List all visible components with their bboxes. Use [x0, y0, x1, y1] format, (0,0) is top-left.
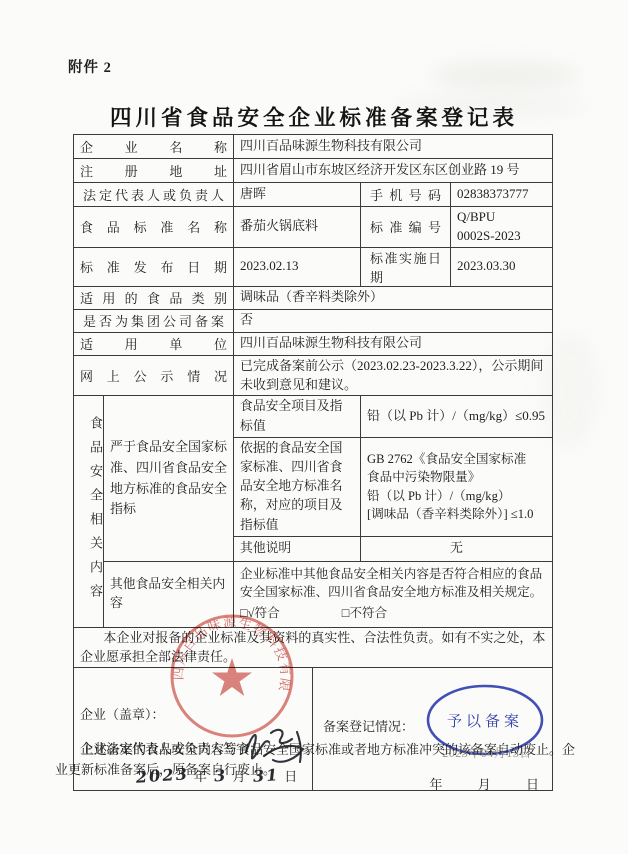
company-seal: 四川百品味源生物科技有限公司 [167, 611, 297, 741]
applicable-unit-value: 四川百品味源生物科技有限公司 [234, 332, 553, 355]
other-note-label: 其他说明 [234, 536, 361, 561]
food-category-label: 适用的食品类别 [74, 286, 234, 309]
stricter-group-label: 严于食品安全国家标准、四川省食品安全地方标准的食品安全指标 [104, 396, 234, 561]
standard-no-value: Q/BPU 0002S-2023 [451, 207, 553, 248]
company-name-label: 企业名称 [74, 135, 234, 159]
company-seal-label: 企业（盖章）： [80, 704, 165, 723]
table-row: 适用单位 四川百品味源生物科技有限公司 [74, 332, 553, 355]
scanned-registration-form-page: 附件 2 四川省食品安全企业标准备案登记表 企业名称 四川百品味源生物科技有限公… [0, 0, 628, 854]
other-content-value: 企业标准中其他食品安全相关内容是否符合相应的食品安全国家标准、四川省食品安全地方… [240, 567, 542, 599]
legal-representative-value: 唐晖 [234, 183, 361, 207]
table-row: 食品标准名称 番茄火锅底料 标准编号 Q/BPU 0002S-2023 [74, 207, 553, 248]
table-row: 本企业对报备的企业标准及其资料的真实性、合法性负责。如有不实之处，本企业愿承担全… [74, 627, 553, 668]
group-filing-label: 是否为集团公司备案 [74, 309, 234, 332]
svg-text:予以备案: 予以备案 [447, 713, 523, 730]
declaration-text: 本企业对报备的企业标准及其资料的真实性、合法性负责。如有不实之处，本企业愿承担全… [74, 627, 553, 668]
group-filing-value: 否 [234, 309, 553, 332]
checkbox-not-comply: □不符合 [342, 605, 387, 623]
table-row: 注册地址 四川省眉山市东坡区经济开发区东区创业路 19 号 [74, 159, 553, 183]
basis-value: GB 2762《食品安全国家标准 食品中污染物限量》 铅（以 Pb 计）/（mg… [361, 437, 553, 536]
implement-date-label: 标准实施日期 [361, 247, 451, 286]
public-notice-label: 网上公示情况 [74, 355, 234, 396]
publish-date-label: 标准发布日期 [74, 247, 234, 286]
registered-address-value: 四川省眉山市东坡区经济开发区东区创业路 19 号 [234, 159, 553, 183]
other-note-value: 无 [361, 536, 553, 561]
publish-date-value: 2023.02.13 [234, 247, 361, 286]
safety-section-side-label: 食品安全相关内容 [74, 396, 104, 627]
table-row: 适用的食品类别 调味品（香辛料类除外） [74, 286, 553, 309]
table-row: 食品安全相关内容 严于食品安全国家标准、四川省食品安全地方标准的食品安全指标 食… [74, 396, 553, 437]
legal-representative-label: 法定代表人或负责人 [74, 183, 234, 207]
food-category-value: 调味品（香辛料类除外） [234, 286, 553, 309]
table-row: 企业名称 四川百品味源生物科技有限公司 [74, 135, 553, 159]
attachment-label: 附件 2 [68, 56, 112, 77]
table-row: 其他食品安全相关内容 企业标准中其他食品安全相关内容是否符合相应的食品安全国家标… [74, 561, 553, 627]
table-row: 是否为集团公司备案 否 [74, 309, 553, 332]
mobile-value: 02838373777 [451, 183, 553, 207]
footer-note: 上述备案的食品安全内容与食品安全国家标准或者地方标准冲突的该备案自动废止。企业更… [55, 740, 575, 780]
company-name-value: 四川百品味源生物科技有限公司 [234, 135, 553, 159]
applicable-unit-label: 适用单位 [74, 332, 234, 355]
scan-smudge [430, 62, 580, 88]
standard-no-label: 标准编号 [361, 207, 451, 248]
registration-table: 企业名称 四川百品味源生物科技有限公司 注册地址 四川省眉山市东坡区经济开发区东… [73, 134, 553, 791]
implement-date-value: 2023.03.30 [451, 247, 553, 286]
public-notice-value: 已完成备案前公示（2023.02.23-2023.3.22），公示期间未收到意见… [234, 355, 553, 396]
page-title: 四川省食品安全企业标准备案登记表 [0, 101, 628, 132]
basis-label: 依据的食品安全国家标准、四川省食品安全地方标准名称，对应的项目及指标值 [234, 437, 361, 536]
table-row: 标准发布日期 2023.02.13 标准实施日期 2023.03.30 [74, 247, 553, 286]
mobile-label: 手机号码 [361, 183, 451, 207]
indicator-label: 食品安全项目及指标值 [234, 396, 361, 437]
table-row: 法定代表人或负责人 唐晖 手机号码 02838373777 [74, 183, 553, 207]
table-row: 网上公示情况 已完成备案前公示（2023.02.23-2023.3.22），公示… [74, 355, 553, 396]
standard-name-value: 番茄火锅底料 [234, 207, 361, 248]
registered-address-label: 注册地址 [74, 159, 234, 183]
standard-name-label: 食品标准名称 [74, 207, 234, 248]
registration-status-label: 备案登记情况： [323, 716, 414, 735]
indicator-value: 铅（以 Pb 计）/（mg/kg）≤0.95 [361, 396, 553, 437]
